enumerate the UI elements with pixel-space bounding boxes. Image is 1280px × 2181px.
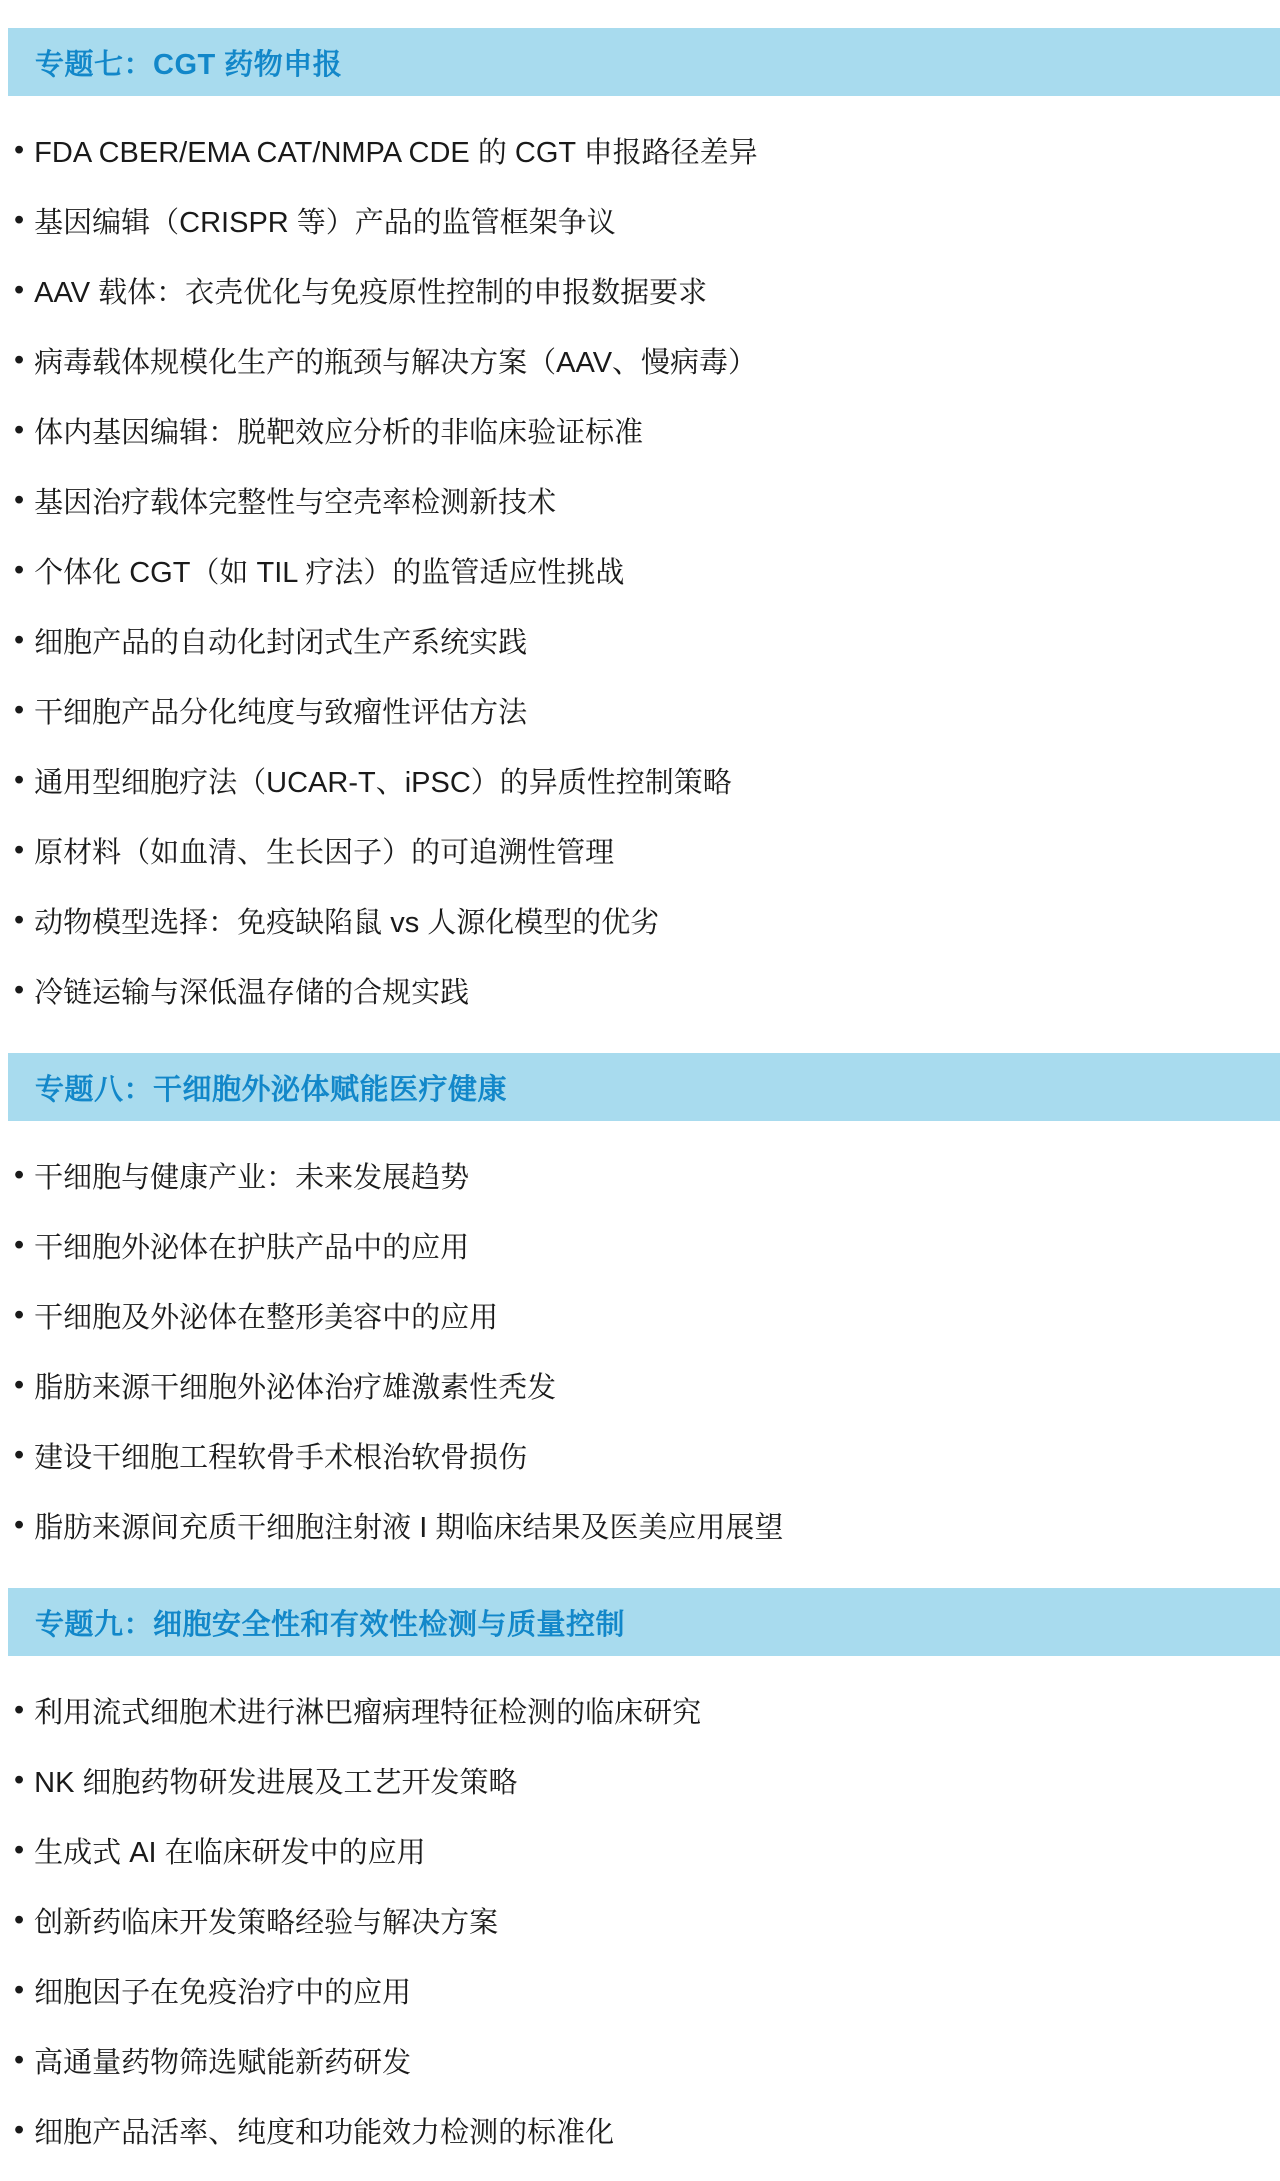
bullet-icon: •	[14, 556, 24, 585]
topic-text: 个体化 CGT（如 TIL 疗法）的监管适应性挑战	[34, 550, 624, 591]
program-page: 专题七：CGT 药物申报 •FDA CBER/EMA CAT/NMPA CDE …	[0, 0, 1280, 2181]
topic-text: 生成式 AI 在临床研发中的应用	[34, 1830, 426, 1871]
list-item: •基因治疗载体完整性与空壳率检测新技术	[0, 465, 1280, 535]
list-item: •基因编辑（CRISPR 等）产品的监管框架争议	[0, 185, 1280, 255]
section-topic-7: 专题七：CGT 药物申报 •FDA CBER/EMA CAT/NMPA CDE …	[0, 28, 1280, 1025]
list-item: •干细胞与健康产业：未来发展趋势	[0, 1140, 1280, 1210]
list-item: •脂肪来源干细胞外泌体治疗雄激素性秃发	[0, 1350, 1280, 1420]
bullet-icon: •	[14, 1371, 24, 1400]
list-item: •脂肪来源间充质干细胞注射液 I 期临床结果及医美应用展望	[0, 1490, 1280, 1560]
topic-text: 干细胞产品分化纯度与致瘤性评估方法	[34, 690, 527, 731]
list-item: •细胞产品的自动化封闭式生产系统实践	[0, 605, 1280, 675]
topic-text: 冷链运输与深低温存储的合规实践	[34, 970, 469, 1011]
bullet-icon: •	[14, 1161, 24, 1190]
topic-list: •干细胞与健康产业：未来发展趋势 •干细胞外泌体在护肤产品中的应用 •干细胞及外…	[0, 1121, 1280, 1560]
section-title: 专题九：细胞安全性和有效性检测与质量控制	[35, 1602, 625, 1643]
bullet-icon: •	[14, 136, 24, 165]
bullet-icon: •	[14, 416, 24, 445]
bullet-icon: •	[14, 1441, 24, 1470]
section-title: 专题八：干细胞外泌体赋能医疗健康	[35, 1067, 507, 1108]
topic-text: 干细胞与健康产业：未来发展趋势	[34, 1155, 469, 1196]
topic-text: 细胞产品的自动化封闭式生产系统实践	[34, 620, 527, 661]
bullet-icon: •	[14, 1766, 24, 1795]
topic-text: 脂肪来源干细胞外泌体治疗雄激素性秃发	[34, 1365, 556, 1406]
bullet-icon: •	[14, 906, 24, 935]
section-header: 专题九：细胞安全性和有效性检测与质量控制	[8, 1588, 1280, 1656]
list-item: •细胞因子在免疫治疗中的应用	[0, 1955, 1280, 2025]
list-item: •通用型细胞疗法（UCAR-T、iPSC）的异质性控制策略	[0, 745, 1280, 815]
list-item: •生成式 AI 在临床研发中的应用	[0, 1815, 1280, 1885]
section-topic-8: 专题八：干细胞外泌体赋能医疗健康 •干细胞与健康产业：未来发展趋势 •干细胞外泌…	[0, 1053, 1280, 1560]
section-header: 专题七：CGT 药物申报	[8, 28, 1280, 96]
bullet-icon: •	[14, 1906, 24, 1935]
list-item: •高通量药物筛选赋能新药研发	[0, 2025, 1280, 2095]
topic-text: NK 细胞药物研发进展及工艺开发策略	[34, 1760, 517, 1801]
list-item: •干细胞外泌体在护肤产品中的应用	[0, 1210, 1280, 1280]
list-item: •建设干细胞工程软骨手术根治软骨损伤	[0, 1420, 1280, 1490]
list-item: •利用流式细胞术进行淋巴瘤病理特征检测的临床研究	[0, 1675, 1280, 1745]
list-item: •创新药临床开发策略经验与解决方案	[0, 1885, 1280, 1955]
topic-text: 病毒载体规模化生产的瓶颈与解决方案（AAV、慢病毒）	[34, 340, 757, 381]
bullet-icon: •	[14, 976, 24, 1005]
bullet-icon: •	[14, 1976, 24, 2005]
list-item: •AAV 载体：衣壳优化与免疫原性控制的申报数据要求	[0, 255, 1280, 325]
list-item: •干细胞及外泌体在整形美容中的应用	[0, 1280, 1280, 1350]
list-item: •冷链运输与深低温存储的合规实践	[0, 955, 1280, 1025]
list-item: •NK 细胞药物研发进展及工艺开发策略	[0, 1745, 1280, 1815]
topic-list: •利用流式细胞术进行淋巴瘤病理特征检测的临床研究 •NK 细胞药物研发进展及工艺…	[0, 1656, 1280, 2165]
list-item: •细胞产品活率、纯度和功能效力检测的标准化	[0, 2095, 1280, 2165]
topic-text: 动物模型选择：免疫缺陷鼠 vs 人源化模型的优劣	[34, 900, 659, 941]
section-header: 专题八：干细胞外泌体赋能医疗健康	[8, 1053, 1280, 1121]
bullet-icon: •	[14, 1836, 24, 1865]
bullet-icon: •	[14, 206, 24, 235]
bullet-icon: •	[14, 626, 24, 655]
topic-text: AAV 载体：衣壳优化与免疫原性控制的申报数据要求	[34, 270, 707, 311]
bullet-icon: •	[14, 346, 24, 375]
list-item: •动物模型选择：免疫缺陷鼠 vs 人源化模型的优劣	[0, 885, 1280, 955]
topic-text: 基因编辑（CRISPR 等）产品的监管框架争议	[34, 200, 616, 241]
bullet-icon: •	[14, 696, 24, 725]
bullet-icon: •	[14, 1511, 24, 1540]
bullet-icon: •	[14, 1696, 24, 1725]
topic-text: 利用流式细胞术进行淋巴瘤病理特征检测的临床研究	[34, 1690, 701, 1731]
bullet-icon: •	[14, 1301, 24, 1330]
list-item: •干细胞产品分化纯度与致瘤性评估方法	[0, 675, 1280, 745]
bullet-icon: •	[14, 486, 24, 515]
topic-text: 干细胞及外泌体在整形美容中的应用	[34, 1295, 498, 1336]
topic-text: FDA CBER/EMA CAT/NMPA CDE 的 CGT 申报路径差异	[34, 130, 757, 171]
bullet-icon: •	[14, 2046, 24, 2075]
topic-text: 干细胞外泌体在护肤产品中的应用	[34, 1225, 469, 1266]
topic-text: 原材料（如血清、生长因子）的可追溯性管理	[34, 830, 614, 871]
topic-text: 体内基因编辑：脱靶效应分析的非临床验证标准	[34, 410, 643, 451]
list-item: •原材料（如血清、生长因子）的可追溯性管理	[0, 815, 1280, 885]
list-item: •体内基因编辑：脱靶效应分析的非临床验证标准	[0, 395, 1280, 465]
bullet-icon: •	[14, 836, 24, 865]
topic-list: •FDA CBER/EMA CAT/NMPA CDE 的 CGT 申报路径差异 …	[0, 96, 1280, 1025]
section-topic-9: 专题九：细胞安全性和有效性检测与质量控制 •利用流式细胞术进行淋巴瘤病理特征检测…	[0, 1588, 1280, 2165]
list-item: •病毒载体规模化生产的瓶颈与解决方案（AAV、慢病毒）	[0, 325, 1280, 395]
topic-text: 高通量药物筛选赋能新药研发	[34, 2040, 411, 2081]
bullet-icon: •	[14, 276, 24, 305]
bullet-icon: •	[14, 766, 24, 795]
topic-text: 细胞因子在免疫治疗中的应用	[34, 1970, 411, 2011]
section-title: 专题七：CGT 药物申报	[35, 42, 342, 83]
topic-text: 细胞产品活率、纯度和功能效力检测的标准化	[34, 2110, 614, 2151]
list-item: •FDA CBER/EMA CAT/NMPA CDE 的 CGT 申报路径差异	[0, 115, 1280, 185]
topic-text: 脂肪来源间充质干细胞注射液 I 期临床结果及医美应用展望	[34, 1505, 783, 1546]
bullet-icon: •	[14, 2116, 24, 2145]
topic-text: 基因治疗载体完整性与空壳率检测新技术	[34, 480, 556, 521]
list-item: •个体化 CGT（如 TIL 疗法）的监管适应性挑战	[0, 535, 1280, 605]
bullet-icon: •	[14, 1231, 24, 1260]
topic-text: 创新药临床开发策略经验与解决方案	[34, 1900, 498, 1941]
topic-text: 建设干细胞工程软骨手术根治软骨损伤	[34, 1435, 527, 1476]
topic-text: 通用型细胞疗法（UCAR-T、iPSC）的异质性控制策略	[34, 760, 732, 801]
